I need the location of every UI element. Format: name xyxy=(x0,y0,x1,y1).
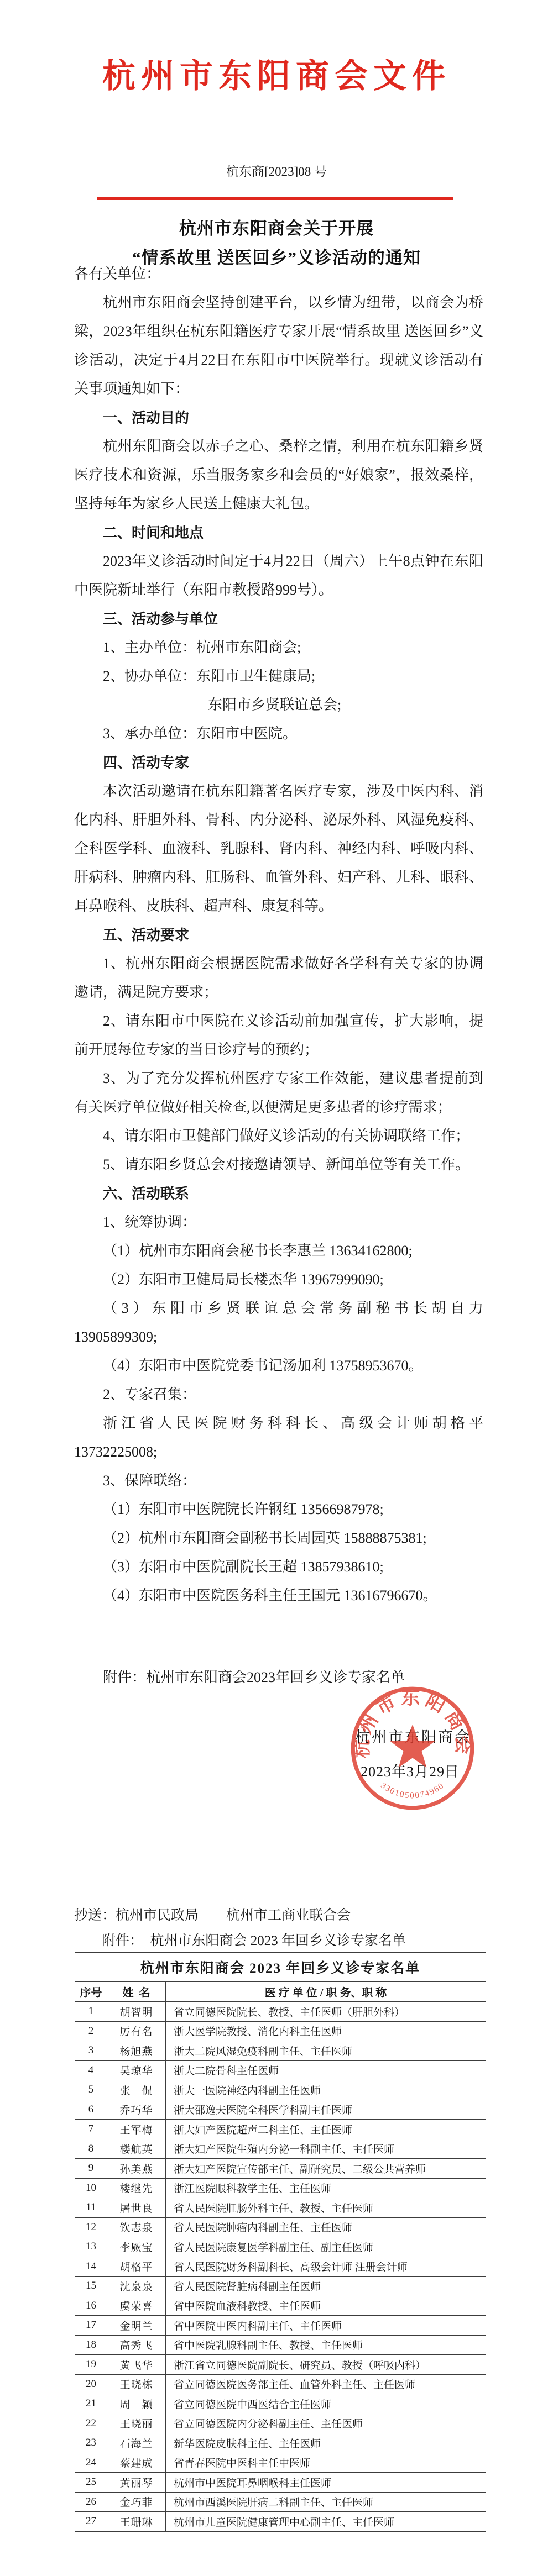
experts-table-title: 杭州市东阳商会 2023 年回乡义诊专家名单 xyxy=(75,1953,486,1982)
body-paragraph: 2023年义诊活动时间定于4月22日（周六）上午8点钟在东阳中医院新址举行（东阳… xyxy=(74,547,483,604)
expert-title: 省人民医院财务科副科长、高级会计师 注册会计师 xyxy=(166,2257,486,2277)
table-row: 2厉有名浙大医学院教授、消化内科主任医师 xyxy=(75,2021,486,2041)
body-paragraph: 5、请东阳乡贤总会对接邀请领导、新闻单位等有关工作。 xyxy=(74,1150,483,1179)
expert-name: 楼继先 xyxy=(107,2178,166,2198)
expert-name: 虞荣喜 xyxy=(107,2296,166,2316)
header-divider-line xyxy=(97,197,453,200)
expert-no: 11 xyxy=(75,2198,107,2218)
table-row: 9孙美燕浙大妇产医院宣传部主任、副研究员、二级公共营养师 xyxy=(75,2159,486,2179)
col-header-no: 序号 xyxy=(75,1982,107,2002)
expert-name: 沈泉泉 xyxy=(107,2277,166,2296)
expert-no: 15 xyxy=(75,2277,107,2296)
expert-title: 省中医院血液科教授、主任医师 xyxy=(166,2296,486,2316)
expert-title: 新华医院皮肤科主任、主任医师 xyxy=(166,2433,486,2453)
expert-title: 省立同德医院院长、教授、主任医师（肝胆外科） xyxy=(166,2002,486,2022)
expert-name: 蔡建成 xyxy=(107,2453,166,2473)
body-paragraph: 4、请东阳市卫健部门做好义诊活动的有关协调联络工作； xyxy=(74,1122,483,1150)
expert-title: 省中医院中医内科副主任、主任医师 xyxy=(166,2316,486,2336)
table-row: 16虞荣喜省中医院血液科教授、主任医师 xyxy=(75,2296,486,2316)
expert-name: 吴琼华 xyxy=(107,2060,166,2080)
expert-title: 浙大邵逸夫医院全科医学科副主任医师 xyxy=(166,2100,486,2120)
expert-name: 黄丽琴 xyxy=(107,2473,166,2493)
experts-table-header-row: 序号 姓 名 医 疗 单 位 / 职 务、职 称 xyxy=(75,1982,486,2002)
table-row: 24蔡建成省青春医院中医科主任中医师 xyxy=(75,2453,486,2473)
body-paragraph: 1、主办单位：杭州市东阳商会; xyxy=(74,633,483,662)
expert-name: 楼航英 xyxy=(107,2139,166,2159)
expert-name: 黄飞华 xyxy=(107,2355,166,2375)
contact-line: （4）东阳市中医院医务科主任王国元 13616796670。 xyxy=(74,1581,483,1610)
expert-title: 浙大一医院神经内科副主任医师 xyxy=(166,2080,486,2100)
section-heading-4: 四、活动专家 xyxy=(74,748,483,777)
notice-title-line1: 杭州市东阳商会关于开展 xyxy=(0,214,553,239)
expert-title: 省青春医院中医科主任中医师 xyxy=(166,2453,486,2473)
salutation: 各有关单位： xyxy=(74,260,483,288)
expert-title: 浙大医学院教授、消化内科主任医师 xyxy=(166,2021,486,2041)
table-row: 7王军梅浙大妇产医院超声二科主任、主任医师 xyxy=(75,2120,486,2139)
expert-title: 省人民医院肿瘤内科副主任、主任医师 xyxy=(166,2217,486,2237)
table-row: 27王珊琳杭州市儿童医院健康管理中心副主任、主任医师 xyxy=(75,2512,486,2532)
expert-title: 浙江省立同德医院副院长、研究员、教授（呼吸内科） xyxy=(166,2355,486,2375)
table-row: 4吴琼华浙大二院骨科主任医师 xyxy=(75,2060,486,2080)
seal-star-icon xyxy=(390,1725,435,1768)
seal-number: 3301050074960 xyxy=(379,1781,446,1801)
expert-name: 胡智明 xyxy=(107,2002,166,2022)
table-row: 6乔巧华浙大邵逸夫医院全科医学科副主任医师 xyxy=(75,2100,486,2120)
expert-no: 12 xyxy=(75,2217,107,2237)
expert-no: 2 xyxy=(75,2021,107,2041)
table-row: 14胡格平省人民医院财务科副科长、高级会计师 注册会计师 xyxy=(75,2257,486,2277)
expert-title: 杭州市西溪医院肝病二科副主任、主任医师 xyxy=(166,2492,486,2512)
contact-line: （1）杭州市东阳商会秘书长李惠兰 13634162800; xyxy=(74,1237,483,1265)
expert-name: 金巧菲 xyxy=(107,2492,166,2512)
expert-no: 1 xyxy=(75,2002,107,2022)
section-heading-1: 一、活动目的 xyxy=(74,403,483,432)
expert-name: 乔巧华 xyxy=(107,2100,166,2120)
contact-line: （2）东阳市卫健局局长楼杰华 13967999090; xyxy=(74,1265,483,1294)
expert-title: 浙大妇产医院超声二科主任、主任医师 xyxy=(166,2120,486,2139)
expert-name: 钦志泉 xyxy=(107,2217,166,2237)
document-page: 杭州市东阳商会文件 杭东商[2023]08 号 杭州市东阳商会关于开展 “情系故… xyxy=(0,0,553,2576)
expert-title: 浙江医院眼科教学主任、主任医师 xyxy=(166,2178,486,2198)
section-heading-2: 二、时间和地点 xyxy=(74,518,483,547)
table-row: 19黄飞华浙江省立同德医院副院长、研究员、教授（呼吸内科） xyxy=(75,2355,486,2375)
experts-table-body: 1胡智明省立同德医院院长、教授、主任医师（肝胆外科）2厉有名浙大医学院教授、消化… xyxy=(75,2002,486,2532)
table-row: 11屠世良省人民医院肛肠外科主任、教授、主任医师 xyxy=(75,2198,486,2218)
expert-no: 9 xyxy=(75,2159,107,2179)
expert-name: 周 颖 xyxy=(107,2394,166,2414)
official-seal-icon: 杭州市东阳商会 3301050074960 xyxy=(347,1683,478,1813)
table-row: 21周 颖省立同德医院中西医结合主任医师 xyxy=(75,2394,486,2414)
expert-no: 23 xyxy=(75,2433,107,2453)
expert-no: 27 xyxy=(75,2512,107,2532)
table-row: 26金巧菲杭州市西溪医院肝病二科副主任、主任医师 xyxy=(75,2492,486,2512)
table-row: 10楼继先浙江医院眼科教学主任、主任医师 xyxy=(75,2178,486,2198)
body-paragraph: 2、协办单位：东阳市卫生健康局; xyxy=(74,662,483,691)
expert-no: 21 xyxy=(75,2394,107,2414)
table-row: 15沈泉泉省人民医院肾脏病科副主任医师 xyxy=(75,2277,486,2296)
attachment-line: 附件： 杭州市东阳商会 2023 年回乡义诊专家名单 xyxy=(74,1930,406,1949)
section-heading-3: 三、活动参与单位 xyxy=(74,604,483,633)
expert-title: 浙大二院风湿免疫科副主任、主任医师 xyxy=(166,2041,486,2061)
contact-line: （3）东阳市中医院副院长王超 13857938610; xyxy=(74,1553,483,1581)
expert-title: 省立同德医院医务部主任、血管外科主任、主任医师 xyxy=(166,2374,486,2394)
expert-title: 省人民医院肛肠外科主任、教授、主任医师 xyxy=(166,2198,486,2218)
table-row: 23石海兰新华医院皮肤科主任、主任医师 xyxy=(75,2433,486,2453)
expert-title: 浙大妇产医院生殖内分泌一科副主任、主任医师 xyxy=(166,2139,486,2159)
expert-no: 17 xyxy=(75,2316,107,2336)
expert-no: 10 xyxy=(75,2178,107,2198)
expert-name: 李厥宝 xyxy=(107,2237,166,2257)
expert-no: 8 xyxy=(75,2139,107,2159)
table-row: 3杨旭燕浙大二院风湿免疫科副主任、主任医师 xyxy=(75,2041,486,2061)
doc-number: 杭东商[2023]08 号 xyxy=(0,161,553,180)
expert-no: 19 xyxy=(75,2355,107,2375)
expert-name: 高秀飞 xyxy=(107,2335,166,2355)
expert-title: 省立同德医院内分泌科副主任、主任医师 xyxy=(166,2414,486,2433)
intro-paragraph: 杭州市东阳商会坚持创建平台，以乡情为纽带，以商会为桥梁，2023年组织在杭东阳籍… xyxy=(74,288,483,403)
contact-line: （1）东阳市中医院院长许钢红 13566987978; xyxy=(74,1495,483,1524)
experts-table-title-row: 杭州市东阳商会 2023 年回乡义诊专家名单 xyxy=(75,1953,486,1982)
body-paragraph: 3、承办单位：东阳市中医院。 xyxy=(74,719,483,748)
expert-title: 浙大二院骨科主任医师 xyxy=(166,2060,486,2080)
expert-name: 屠世良 xyxy=(107,2198,166,2218)
expert-name: 王军梅 xyxy=(107,2120,166,2139)
col-header-title: 医 疗 单 位 / 职 务、职 称 xyxy=(166,1982,486,2002)
expert-name: 石海兰 xyxy=(107,2433,166,2453)
expert-name: 厉有名 xyxy=(107,2021,166,2041)
expert-no: 24 xyxy=(75,2453,107,2473)
expert-no: 7 xyxy=(75,2120,107,2139)
expert-no: 25 xyxy=(75,2473,107,2493)
expert-no: 26 xyxy=(75,2492,107,2512)
expert-no: 4 xyxy=(75,2060,107,2080)
body-paragraph: 东阳市乡贤联谊总会; xyxy=(74,691,483,719)
svg-text:3301050074960: 3301050074960 xyxy=(379,1781,446,1801)
body-paragraph: 1、杭州东阳商会根据医院需求做好各学科有关专家的协调邀请，满足院方要求； xyxy=(74,949,483,1007)
expert-name: 金明兰 xyxy=(107,2316,166,2336)
expert-title: 杭州市儿童医院健康管理中心副主任、主任医师 xyxy=(166,2512,486,2532)
table-row: 18高秀飞省中医院乳腺科副主任、教授、主任医师 xyxy=(75,2335,486,2355)
section-heading-5: 五、活动要求 xyxy=(74,921,483,949)
document-body: 各有关单位： 杭州市东阳商会坚持创建平台，以乡情为纽带，以商会为桥梁，2023年… xyxy=(74,260,483,1692)
table-row: 25黄丽琴杭州市中医院耳鼻咽喉科主任医师 xyxy=(75,2473,486,2493)
cc-line: 抄送：杭州市民政局 杭州市工商业联合会 xyxy=(74,1904,351,1924)
expert-no: 22 xyxy=(75,2414,107,2433)
expert-name: 王珊琳 xyxy=(107,2512,166,2532)
expert-name: 王晓栋 xyxy=(107,2374,166,2394)
expert-title: 浙大妇产医院宣传部主任、副研究员、二级公共营养师 xyxy=(166,2159,486,2179)
expert-no: 5 xyxy=(75,2080,107,2100)
body-paragraph: 杭州东阳商会以赤子之心、桑梓之情，利用在杭东阳籍乡贤医疗技术和资源，乐当服务家乡… xyxy=(74,432,483,518)
contact-line: 浙江省人民医院财务科科长、高级会计师胡格平 13732225008; xyxy=(74,1409,483,1466)
expert-title: 杭州市中医院耳鼻咽喉科主任医师 xyxy=(166,2473,486,2493)
expert-name: 张 侃 xyxy=(107,2080,166,2100)
contact-line: （2）杭州市东阳商会副秘书长周园英 15888875381; xyxy=(74,1524,483,1553)
contact-line: （4）东阳市中医院党委书记汤加利 13758953670。 xyxy=(74,1352,483,1380)
table-row: 8楼航英浙大妇产医院生殖内分泌一科副主任、主任医师 xyxy=(75,2139,486,2159)
table-row: 20王晓栋省立同德医院医务部主任、血管外科主任、主任医师 xyxy=(75,2374,486,2394)
expert-no: 13 xyxy=(75,2237,107,2257)
table-row: 22王晓丽省立同德医院内分泌科副主任、主任医师 xyxy=(75,2414,486,2433)
expert-no: 16 xyxy=(75,2296,107,2316)
expert-name: 杨旭燕 xyxy=(107,2041,166,2061)
experts-table: 杭州市东阳商会 2023 年回乡义诊专家名单 序号 姓 名 医 疗 单 位 / … xyxy=(75,1952,486,2532)
contact-line: 2、专家召集： xyxy=(74,1380,483,1409)
expert-no: 18 xyxy=(75,2335,107,2355)
col-header-name: 姓 名 xyxy=(107,1982,166,2002)
expert-title: 省立同德医院中西医结合主任医师 xyxy=(166,2394,486,2414)
expert-no: 20 xyxy=(75,2374,107,2394)
table-row: 5张 侃浙大一医院神经内科副主任医师 xyxy=(75,2080,486,2100)
expert-no: 3 xyxy=(75,2041,107,2061)
table-row: 1胡智明省立同德医院院长、教授、主任医师（肝胆外科） xyxy=(75,2002,486,2022)
table-row: 12钦志泉省人民医院肿瘤内科副主任、主任医师 xyxy=(75,2217,486,2237)
contact-line: （3）东阳市乡贤联谊总会常务副秘书长胡自力 13905899309; xyxy=(74,1294,483,1352)
expert-no: 6 xyxy=(75,2100,107,2120)
expert-name: 王晓丽 xyxy=(107,2414,166,2433)
section-heading-6: 六、活动联系 xyxy=(74,1179,483,1208)
body-paragraph: 本次活动邀请在杭东阳籍著名医疗专家，涉及中医内科、消化内科、肝胆外科、骨科、内分… xyxy=(74,777,483,921)
body-paragraph: 3、为了充分发挥杭州医疗专家工作效能，建议患者提前到有关医疗单位做好相关检查,以… xyxy=(74,1064,483,1122)
expert-title: 省人民医院肾脏病科副主任医师 xyxy=(166,2277,486,2296)
contact-line: 3、保障联络： xyxy=(74,1466,483,1495)
body-paragraph: 2、请东阳市中医院在义诊活动前加强宣传，扩大影响，提前开展每位专家的当日诊疗号的… xyxy=(74,1007,483,1064)
document-header-title: 杭州市东阳商会文件 xyxy=(0,50,553,97)
contact-line: 1、统筹协调： xyxy=(74,1208,483,1237)
expert-name: 孙美燕 xyxy=(107,2159,166,2179)
expert-title: 省人民医院康复医学科副主任、副主任医师 xyxy=(166,2237,486,2257)
expert-no: 14 xyxy=(75,2257,107,2277)
table-row: 17金明兰省中医院中医内科副主任、主任医师 xyxy=(75,2316,486,2336)
expert-name: 胡格平 xyxy=(107,2257,166,2277)
table-row: 13李厥宝省人民医院康复医学科副主任、副主任医师 xyxy=(75,2237,486,2257)
expert-title: 省中医院乳腺科副主任、教授、主任医师 xyxy=(166,2335,486,2355)
